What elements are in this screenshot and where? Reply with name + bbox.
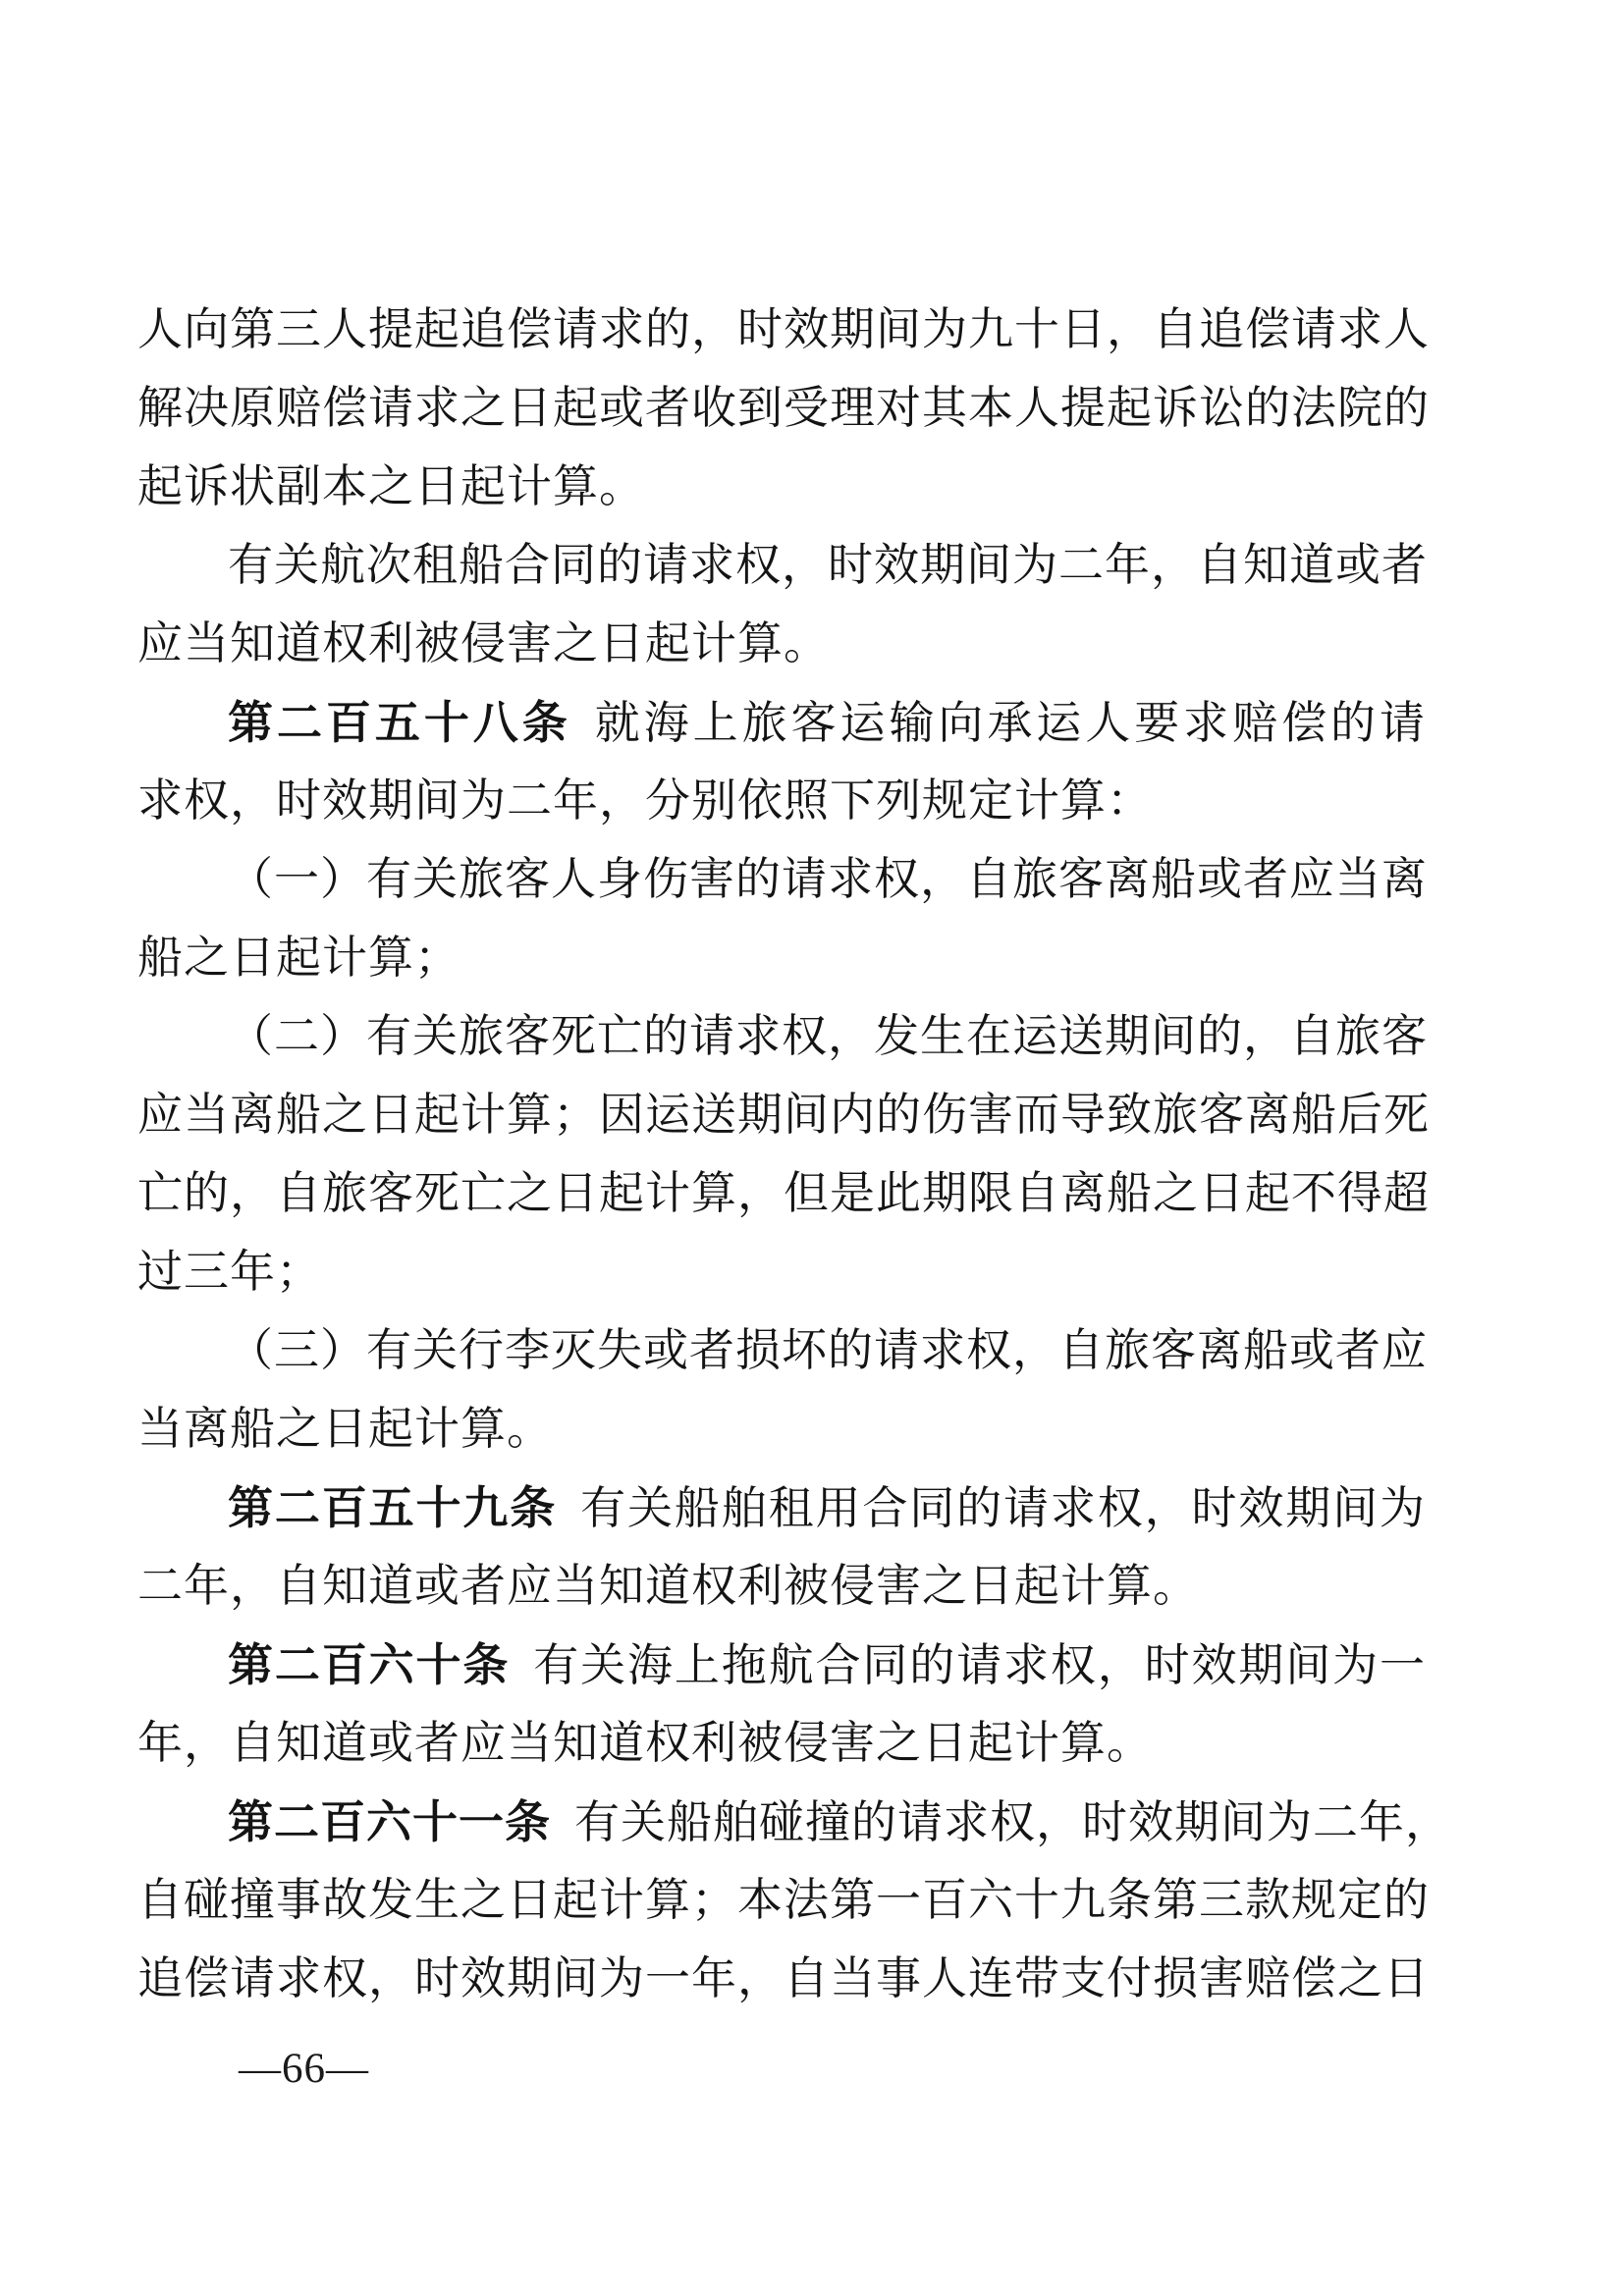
line-text: 有关航次租船合同的请求权，时效期间为二年，自知道或者 bbox=[228, 540, 1428, 590]
line-text: 船之日起计算； bbox=[137, 933, 460, 983]
text-line: 二年，自知道或者应当知道权利被侵害之日起计算。 bbox=[137, 1547, 1426, 1626]
line-text: 有关海上拖航合同的请求权，时效期间为一 bbox=[533, 1640, 1426, 1690]
text-line: 解决原赔偿请求之日起或者收到受理对其本人提起诉讼的法院的 bbox=[137, 369, 1426, 448]
line-text: 有关船舶租用合同的请求权，时效期间为 bbox=[580, 1483, 1426, 1533]
text-line: 当离船之日起计算。 bbox=[137, 1390, 1426, 1468]
text-line: 船之日起计算； bbox=[137, 919, 1426, 997]
line-text: 人向第三人提起追偿请求的，时效期间为九十日，自追偿请求人 bbox=[137, 304, 1430, 354]
line-text: 亡的，自旅客死亡之日起计算，但是此期限自离船之日起不得超 bbox=[137, 1168, 1430, 1218]
text-line: 亡的，自旅客死亡之日起计算，但是此期限自离船之日起不得超 bbox=[137, 1154, 1426, 1233]
line-text: 过三年； bbox=[137, 1247, 322, 1297]
article-number: 第二百五十九条 bbox=[228, 1482, 557, 1533]
text-line: 应当知道权利被侵害之日起计算。 bbox=[137, 605, 1426, 683]
text-line-article-258: 第二百五十八条就海上旅客运输向承运人要求赔偿的请 bbox=[137, 683, 1426, 762]
line-text: 应当离船之日起计算；因运送期间内的伤害而导致旅客离船后死 bbox=[137, 1090, 1430, 1140]
line-text: 二年，自知道或者应当知道权利被侵害之日起计算。 bbox=[137, 1561, 1199, 1611]
line-text: 当离船之日起计算。 bbox=[137, 1404, 553, 1454]
line-text: 起诉状副本之日起计算。 bbox=[137, 461, 645, 511]
article-number: 第二百六十条 bbox=[228, 1639, 510, 1690]
text-line: 过三年； bbox=[137, 1233, 1426, 1311]
text-line: 年，自知道或者应当知道权利被侵害之日起计算。 bbox=[137, 1704, 1426, 1783]
text-line-article-259: 第二百五十九条有关船舶租用合同的请求权，时效期间为 bbox=[137, 1468, 1426, 1547]
text-line-article-261: 第二百六十一条有关船舶碰撞的请求权，时效期间为二年， bbox=[137, 1783, 1426, 1861]
line-text: 求权，时效期间为二年，分别依照下列规定计算： bbox=[137, 775, 1153, 826]
line-text: （三）有关行李灭失或者损坏的请求权，自旅客离船或者应 bbox=[228, 1325, 1428, 1375]
line-text: 年，自知道或者应当知道权利被侵害之日起计算。 bbox=[137, 1718, 1153, 1768]
text-line-item-3: （三）有关行李灭失或者损坏的请求权，自旅客离船或者应 bbox=[137, 1311, 1426, 1390]
text-line: 人向第三人提起追偿请求的，时效期间为九十日，自追偿请求人 bbox=[137, 291, 1426, 369]
page-number: —66— bbox=[239, 2040, 369, 2099]
article-number: 第二百六十一条 bbox=[228, 1796, 551, 1847]
text-line: 自碰撞事故发生之日起计算；本法第一百六十九条第三款规定的 bbox=[137, 1861, 1426, 1940]
text-line: 应当离船之日起计算；因运送期间内的伤害而导致旅客离船后死 bbox=[137, 1076, 1426, 1154]
text-line: 有关航次租船合同的请求权，时效期间为二年，自知道或者 bbox=[137, 526, 1426, 605]
line-text: 解决原赔偿请求之日起或者收到受理对其本人提起诉讼的法院的 bbox=[137, 383, 1430, 433]
text-line: 追偿请求权，时效期间为一年，自当事人连带支付损害赔偿之日 bbox=[137, 1940, 1426, 2018]
line-text: 就海上旅客运输向承运人要求赔偿的请 bbox=[595, 698, 1426, 748]
line-text: 自碰撞事故发生之日起计算；本法第一百六十九条第三款规定的 bbox=[137, 1875, 1430, 1925]
text-line: 求权，时效期间为二年，分别依照下列规定计算： bbox=[137, 762, 1426, 840]
article-number: 第二百五十八条 bbox=[228, 697, 571, 748]
text-line-item-1: （一）有关旅客人身伤害的请求权，自旅客离船或者应当离 bbox=[137, 840, 1426, 919]
text-line-item-2: （二）有关旅客死亡的请求权，发生在运送期间的，自旅客 bbox=[137, 997, 1426, 1076]
document-page: 人向第三人提起追偿请求的，时效期间为九十日，自追偿请求人 解决原赔偿请求之日起或… bbox=[0, 0, 1624, 2296]
law-text-block: 人向第三人提起追偿请求的，时效期间为九十日，自追偿请求人 解决原赔偿请求之日起或… bbox=[137, 291, 1426, 2018]
text-line-article-260: 第二百六十条有关海上拖航合同的请求权，时效期间为一 bbox=[137, 1626, 1426, 1704]
line-text: （一）有关旅客人身伤害的请求权，自旅客离船或者应当离 bbox=[228, 854, 1428, 904]
line-text: 有关船舶碰撞的请求权，时效期间为二年， bbox=[574, 1797, 1451, 1847]
line-text: 应当知道权利被侵害之日起计算。 bbox=[137, 618, 830, 668]
text-line: 起诉状副本之日起计算。 bbox=[137, 448, 1426, 526]
line-text: （二）有关旅客死亡的请求权，发生在运送期间的，自旅客 bbox=[228, 1011, 1428, 1061]
line-text: 追偿请求权，时效期间为一年，自当事人连带支付损害赔偿之日 bbox=[137, 1953, 1430, 2003]
